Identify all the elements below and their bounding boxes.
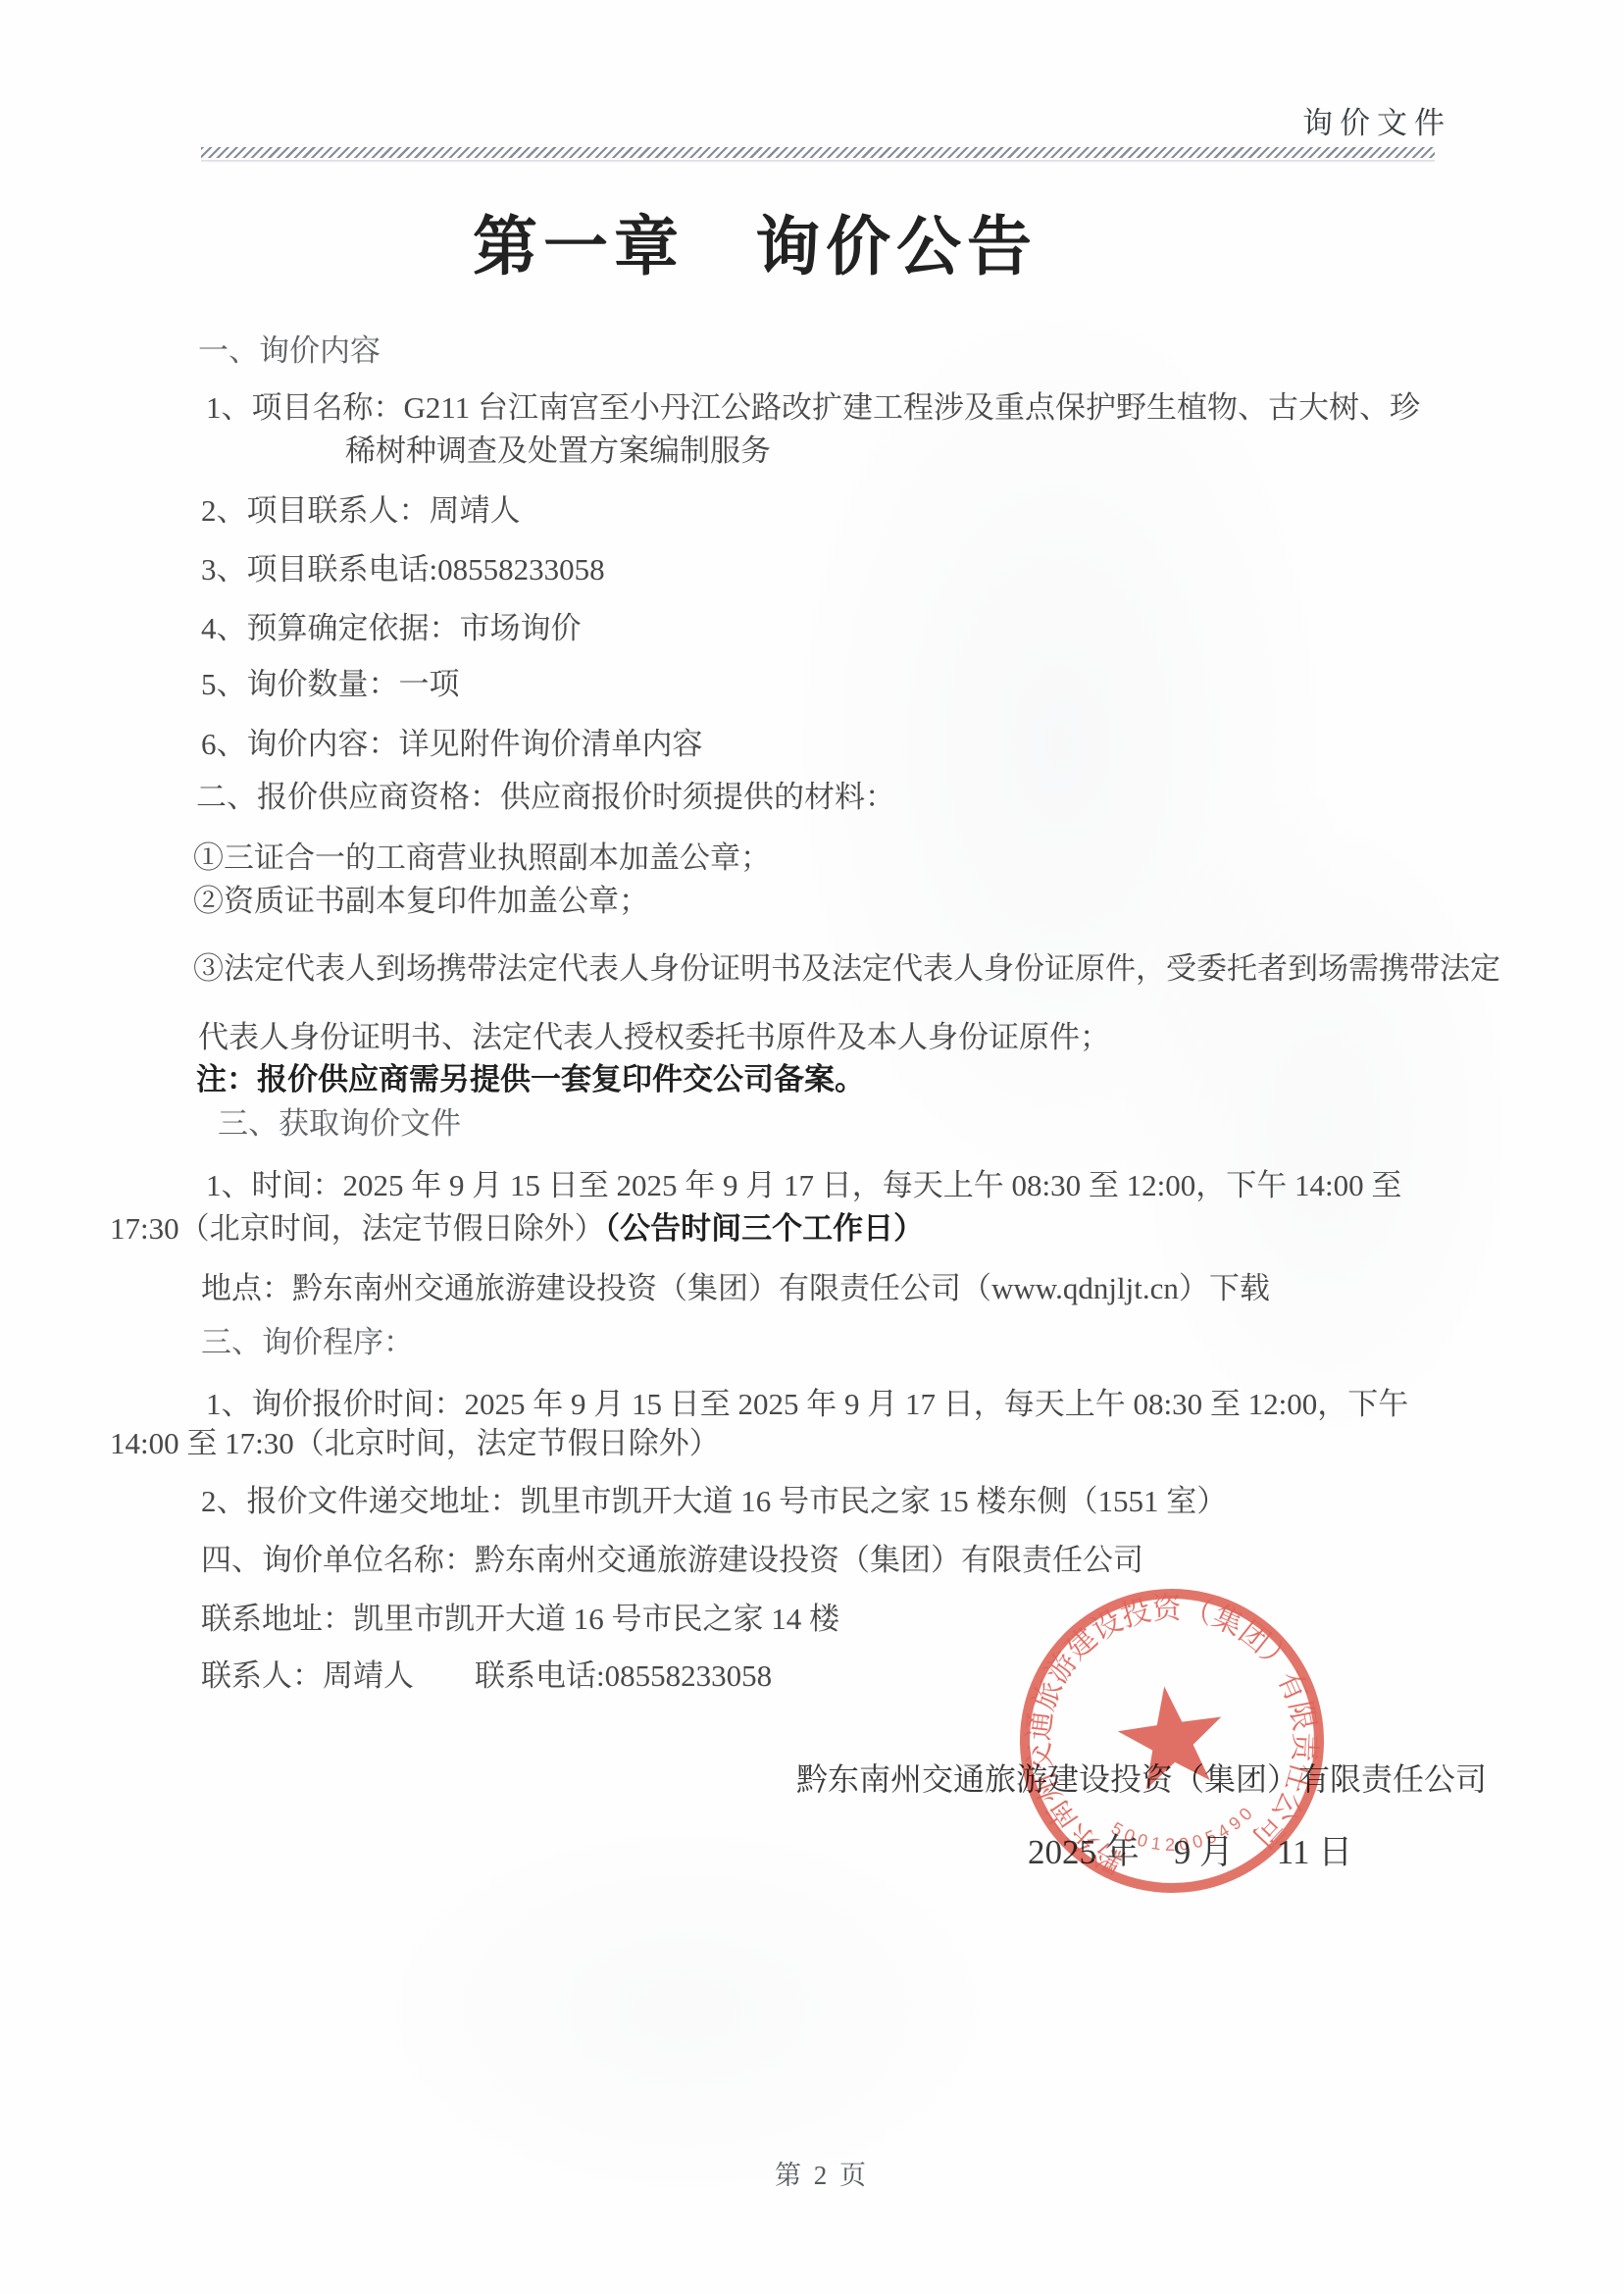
line-material-2: ②资质证书副本复印件加盖公章； [193,882,649,921]
line-project-contact-phone: 3、项目联系电话:08558233058 [201,550,605,589]
line-contact-address: 联系地址：凯里市凯开大道 16 号市民之家 14 楼 [201,1600,839,1639]
seal-star-icon [1112,1679,1230,1792]
chapter-title: 第一章 询价公告 [0,194,1567,287]
line-budget-basis: 4、预算确定依据：市场询价 [201,609,582,648]
line-inquiry-detail: 6、询价内容：详见附件询价清单内容 [201,725,703,764]
line-quote-time: 1、询价报价时间：2025 年 9 月 15 日至 2025 年 9 月 17 … [206,1385,1408,1424]
doc-type-label: 询价文件 [1302,98,1451,142]
header-divider-shadow [201,160,1435,163]
line-inquiry-quantity: 5、询价数量：一项 [201,665,460,704]
heading-obtain-documents: 三、获取询价文件 [218,1104,461,1144]
line-obtain-time: 1、时间：2025 年 9 月 15 日至 2025 年 9 月 17 日，每天… [206,1166,1401,1205]
header-hatched-divider [201,147,1435,158]
heading-inquiry-procedure: 三、询价程序： [201,1323,414,1362]
heading-inquiry-content: 一、询价内容 [198,331,381,371]
line-material-1: ①三证合一的工商营业执照副本加盖公章； [193,839,771,878]
line-material-3: ③法定代表人到场携带法定代表人身份证明书及法定代表人身份证原件，受委托者到场需携… [193,949,1500,989]
line-unit-name: 四、询价单位名称：黔东南州交通旅游建设投资（集团）有限责任公司 [201,1541,1143,1580]
line-submit-address: 2、报价文件递交地址：凯里市凯开大道 16 号市民之家 15 楼东侧（1551 … [201,1482,1227,1521]
seal-serial-number: 50012005490 [1106,1799,1264,1864]
line-obtain-location: 地点：黔东南州交通旅游建设投资（集团）有限责任公司（www.qdnjljt.cn… [201,1269,1270,1308]
document-page: 询价文件 第一章 询价公告 一、询价内容 1、项目名称：G211 台江南宫至小丹… [0,0,1624,2294]
line-project-name-wrap: 稀树种调查及处置方案编制服务 [345,432,771,471]
svg-text:50012005490: 50012005490 [1106,1799,1264,1864]
line-obtain-time-wrap: 17:30（北京时间，法定节假日除外）（公告时间三个工作日） [110,1209,924,1249]
announcement-period-bold: （公告时间三个工作日） [605,1211,925,1246]
line-project-name: 1、项目名称：G211 台江南宫至小丹江公路改扩建工程涉及重点保护野生植物、古大… [206,388,1420,428]
line-contact-info: 联系人：周靖人 联系电话:08558233058 [201,1657,772,1696]
heading-supplier-qualification: 二、报价供应商资格：供应商报价时须提供的材料： [196,778,895,817]
line-project-contact-person: 2、项目联系人：周靖人 [201,491,521,531]
line-note: 注：报价供应商需另提供一套复印件交公司备案。 [196,1060,865,1099]
page-number: 第 2 页 [10,2154,1624,2192]
line-material-3-wrap: 代表人身份证明书、法定代表人授权委托书原件及本人身份证原件； [198,1018,1110,1057]
company-seal-stamp: 黔东南州交通旅游建设投资（集团）有限责任公司 50012005490 [1005,1574,1339,1908]
obtain-time-tail: 17:30（北京时间，法定节假日除外） [110,1211,605,1246]
line-quote-time-wrap: 14:00 至 17:30（北京时间，法定节假日除外） [110,1424,720,1463]
